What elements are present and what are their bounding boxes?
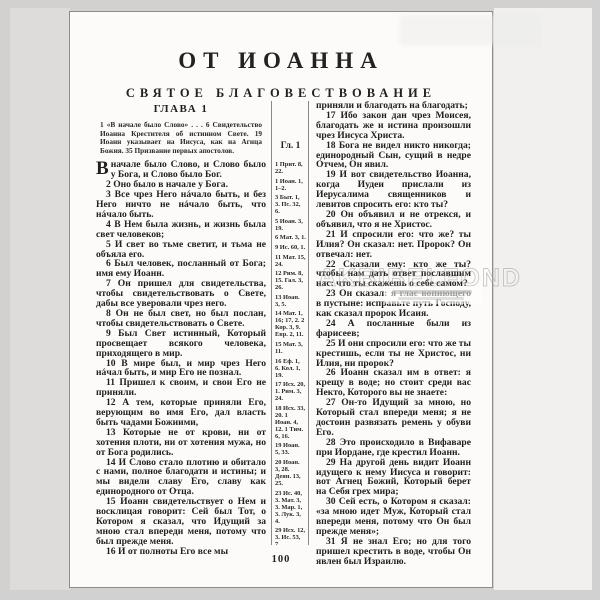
verse-paragraph: 24 А посланные были из фарисеев;: [316, 319, 471, 339]
verse-paragraph: 14 И Слово стало плотию и обитало с нами…: [96, 458, 266, 498]
reference-item: 5 Иоан. 3, 19.: [275, 218, 306, 232]
verse-paragraph: 22 Сказали ему: кто же ты? чтобы нам дат…: [316, 260, 471, 290]
verse-paragraph: 3 Все чрез Него нáчало быть, и без Него …: [96, 190, 266, 220]
book-title: ОТ ИОАННА: [70, 48, 492, 74]
reference-list: 1 Прит. 8, 22.1 Иоан. 1, 1–2.3 Быт. 1, 3…: [275, 161, 306, 545]
verse-paragraph: 12 А тем, которые приняли Его, верующим …: [96, 398, 266, 428]
reference-item: 13 Иоан. 3, 5.: [275, 294, 306, 308]
verse-paragraph: 30 Сей есть, о Котором я сказал: «за мно…: [316, 497, 471, 537]
verse-paragraph: 4 В Нем была жизнь, и жизнь была свет че…: [96, 220, 266, 240]
verse-paragraph: 10 В мире был, и мир чрез Него нáчал быт…: [96, 359, 266, 379]
verse-paragraph-1: Вначале было Слово, и Слово было у Бога,…: [96, 160, 266, 180]
right-verse-list: 17 Ибо закон дан чрез Моисея, благодать …: [316, 111, 471, 567]
references-header: Гл. 1: [275, 141, 306, 151]
reference-item: 15 Мат. 3, 11.: [275, 341, 306, 355]
reference-item: 14 Мат. 1, 16; 17, 2. 2 Кор. 3, 9. Евр. …: [275, 310, 306, 338]
verse-paragraph: 15 Иоанн свидетельствует о Нем и восклиц…: [96, 497, 266, 547]
reference-item: 9 Ис. 60, 1.: [275, 244, 306, 251]
verse-paragraph: 13 Которые не от крови, ни от хотения пл…: [96, 428, 266, 458]
reference-item: 1 Прит. 8, 22.: [275, 161, 306, 175]
cross-references-column: Гл. 1 1 Прит. 8, 22.1 Иоан. 1, 1–2.3 Быт…: [271, 101, 309, 545]
verse-paragraph: 28 Это происходило в Вифаваре при Иордан…: [316, 438, 471, 458]
text-columns: ГЛАВА 1 1 «В начале было Слово» . . . 6 …: [96, 101, 471, 545]
reference-item: 29 Исх. 12, 3. Ис. 53, 7.: [275, 527, 306, 545]
reference-item: 17 Исх. 20, 1. Рим. 3, 24.: [275, 381, 306, 402]
verse-paragraph: 27 Он-то Идущий за мною, но Который стал…: [316, 398, 471, 438]
photo-background: ОТ ИОАННА СВЯТОЕ БЛАГОВЕСТВОВАНИЕ ГЛАВА …: [0, 0, 600, 600]
verse-paragraph: 8 Он не был свет, но был послан, чтобы с…: [96, 309, 266, 329]
verse-paragraph: 7 Он пришел для свидетельства, чтобы сви…: [96, 279, 266, 309]
verse-paragraph: 17 Ибо закон дан чрез Моисея, благодать …: [316, 111, 471, 141]
right-column: приняли и благодать на благодать; 17 Ибо…: [309, 101, 471, 545]
verse-paragraph: 25 И они спросили его: что же ты крестиш…: [316, 339, 471, 369]
verse-paragraph: 26 Иоанн сказал им в ответ: я крещу в во…: [316, 368, 471, 398]
verse-paragraph: 9 Был Свет истинный, Который просвещает …: [96, 329, 266, 359]
reference-item: 6 Мат. 3, 1.: [275, 234, 306, 241]
verse-text: начале было Слово, и Слово было у Бога, …: [111, 159, 266, 180]
verse-paragraph: 20 Он объявил и не отрекся, и объявил, ч…: [316, 210, 471, 230]
reference-item: 20 Иоан. 3, 28. Деян. 13, 25.: [275, 459, 306, 487]
reference-item: 16 Еф. 1, 6. Кол. 1, 19.: [275, 358, 306, 379]
chapter-summary: 1 «В начале было Слово» . . . 6 Свидетел…: [100, 121, 262, 155]
page-edge-left: [10, 8, 70, 590]
book-page: ОТ ИОАННА СВЯТОЕ БЛАГОВЕСТВОВАНИЕ ГЛАВА …: [69, 11, 493, 588]
page-number: 100: [70, 554, 492, 565]
reference-item: 23 Ис. 40, 3. Мат. 3, 3. Мар. 1, 3. Лук.…: [275, 490, 306, 525]
verse-paragraph: 5 И свет во тьме светит, и тьма не объял…: [96, 240, 266, 260]
verse-paragraph: 21 И спросили его: что же? ты Илия? Он с…: [316, 230, 471, 260]
verse-paragraph: 6 Был человек, посланный от Бога; имя ем…: [96, 259, 266, 279]
reference-item: 3 Быт. 1, 3. Пс. 32, 6.: [275, 194, 306, 215]
verse-paragraph: 18 Бога не видел никто никогда; единород…: [316, 141, 471, 171]
page-edge-right: [494, 8, 592, 590]
drop-cap: В: [96, 160, 111, 177]
chapter-heading: ГЛАВА 1: [96, 103, 266, 115]
verse-paragraph: 29 На другой день видит Иоанн идущего к …: [316, 458, 471, 498]
reference-item: 18 Исх. 33, 20. 1 Иоан. 4, 12. 1 Тим. 6,…: [275, 405, 306, 440]
left-column: ГЛАВА 1 1 «В начале было Слово» . . . 6 …: [96, 101, 271, 545]
reference-item: 11 Мат. 15, 24.: [275, 254, 306, 268]
reference-item: 1 Иоан. 1, 1–2.: [275, 178, 306, 192]
left-verse-list: 2 Оно было в начале у Бога.3 Все чрез Не…: [96, 180, 266, 556]
book-subtitle: СВЯТОЕ БЛАГОВЕСТВОВАНИЕ: [70, 86, 492, 101]
verse-paragraph: 11 Пришел к своим, и свои Его не приняли…: [96, 378, 266, 398]
verse-paragraph: 23 Он сказал: я глас вопиющего в пустыне…: [316, 289, 471, 319]
verse-paragraph: 19 И вот свидетельство Иоанна, когда Иуд…: [316, 170, 471, 210]
faint-corner-watermark: [400, 15, 540, 45]
reference-item: 12 Рим. 8, 15. Гал. 3, 26.: [275, 270, 306, 291]
reference-item: 19 Иоан. 5, 33.: [275, 442, 306, 456]
